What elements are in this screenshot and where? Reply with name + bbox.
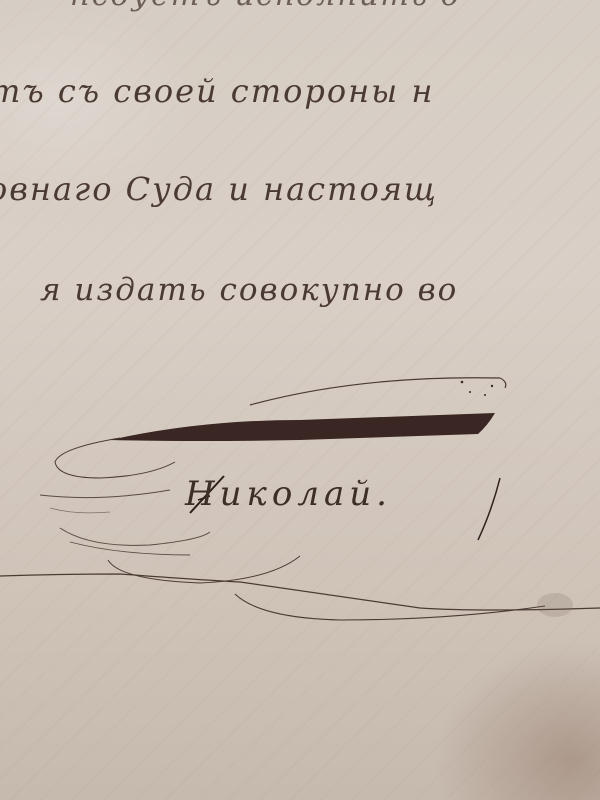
document-page: нсдуетъ исполнить о тъ съ своей стороны … [0,0,600,800]
signature-flourish [0,0,600,800]
signature-nikolai: Николай. [185,474,392,514]
